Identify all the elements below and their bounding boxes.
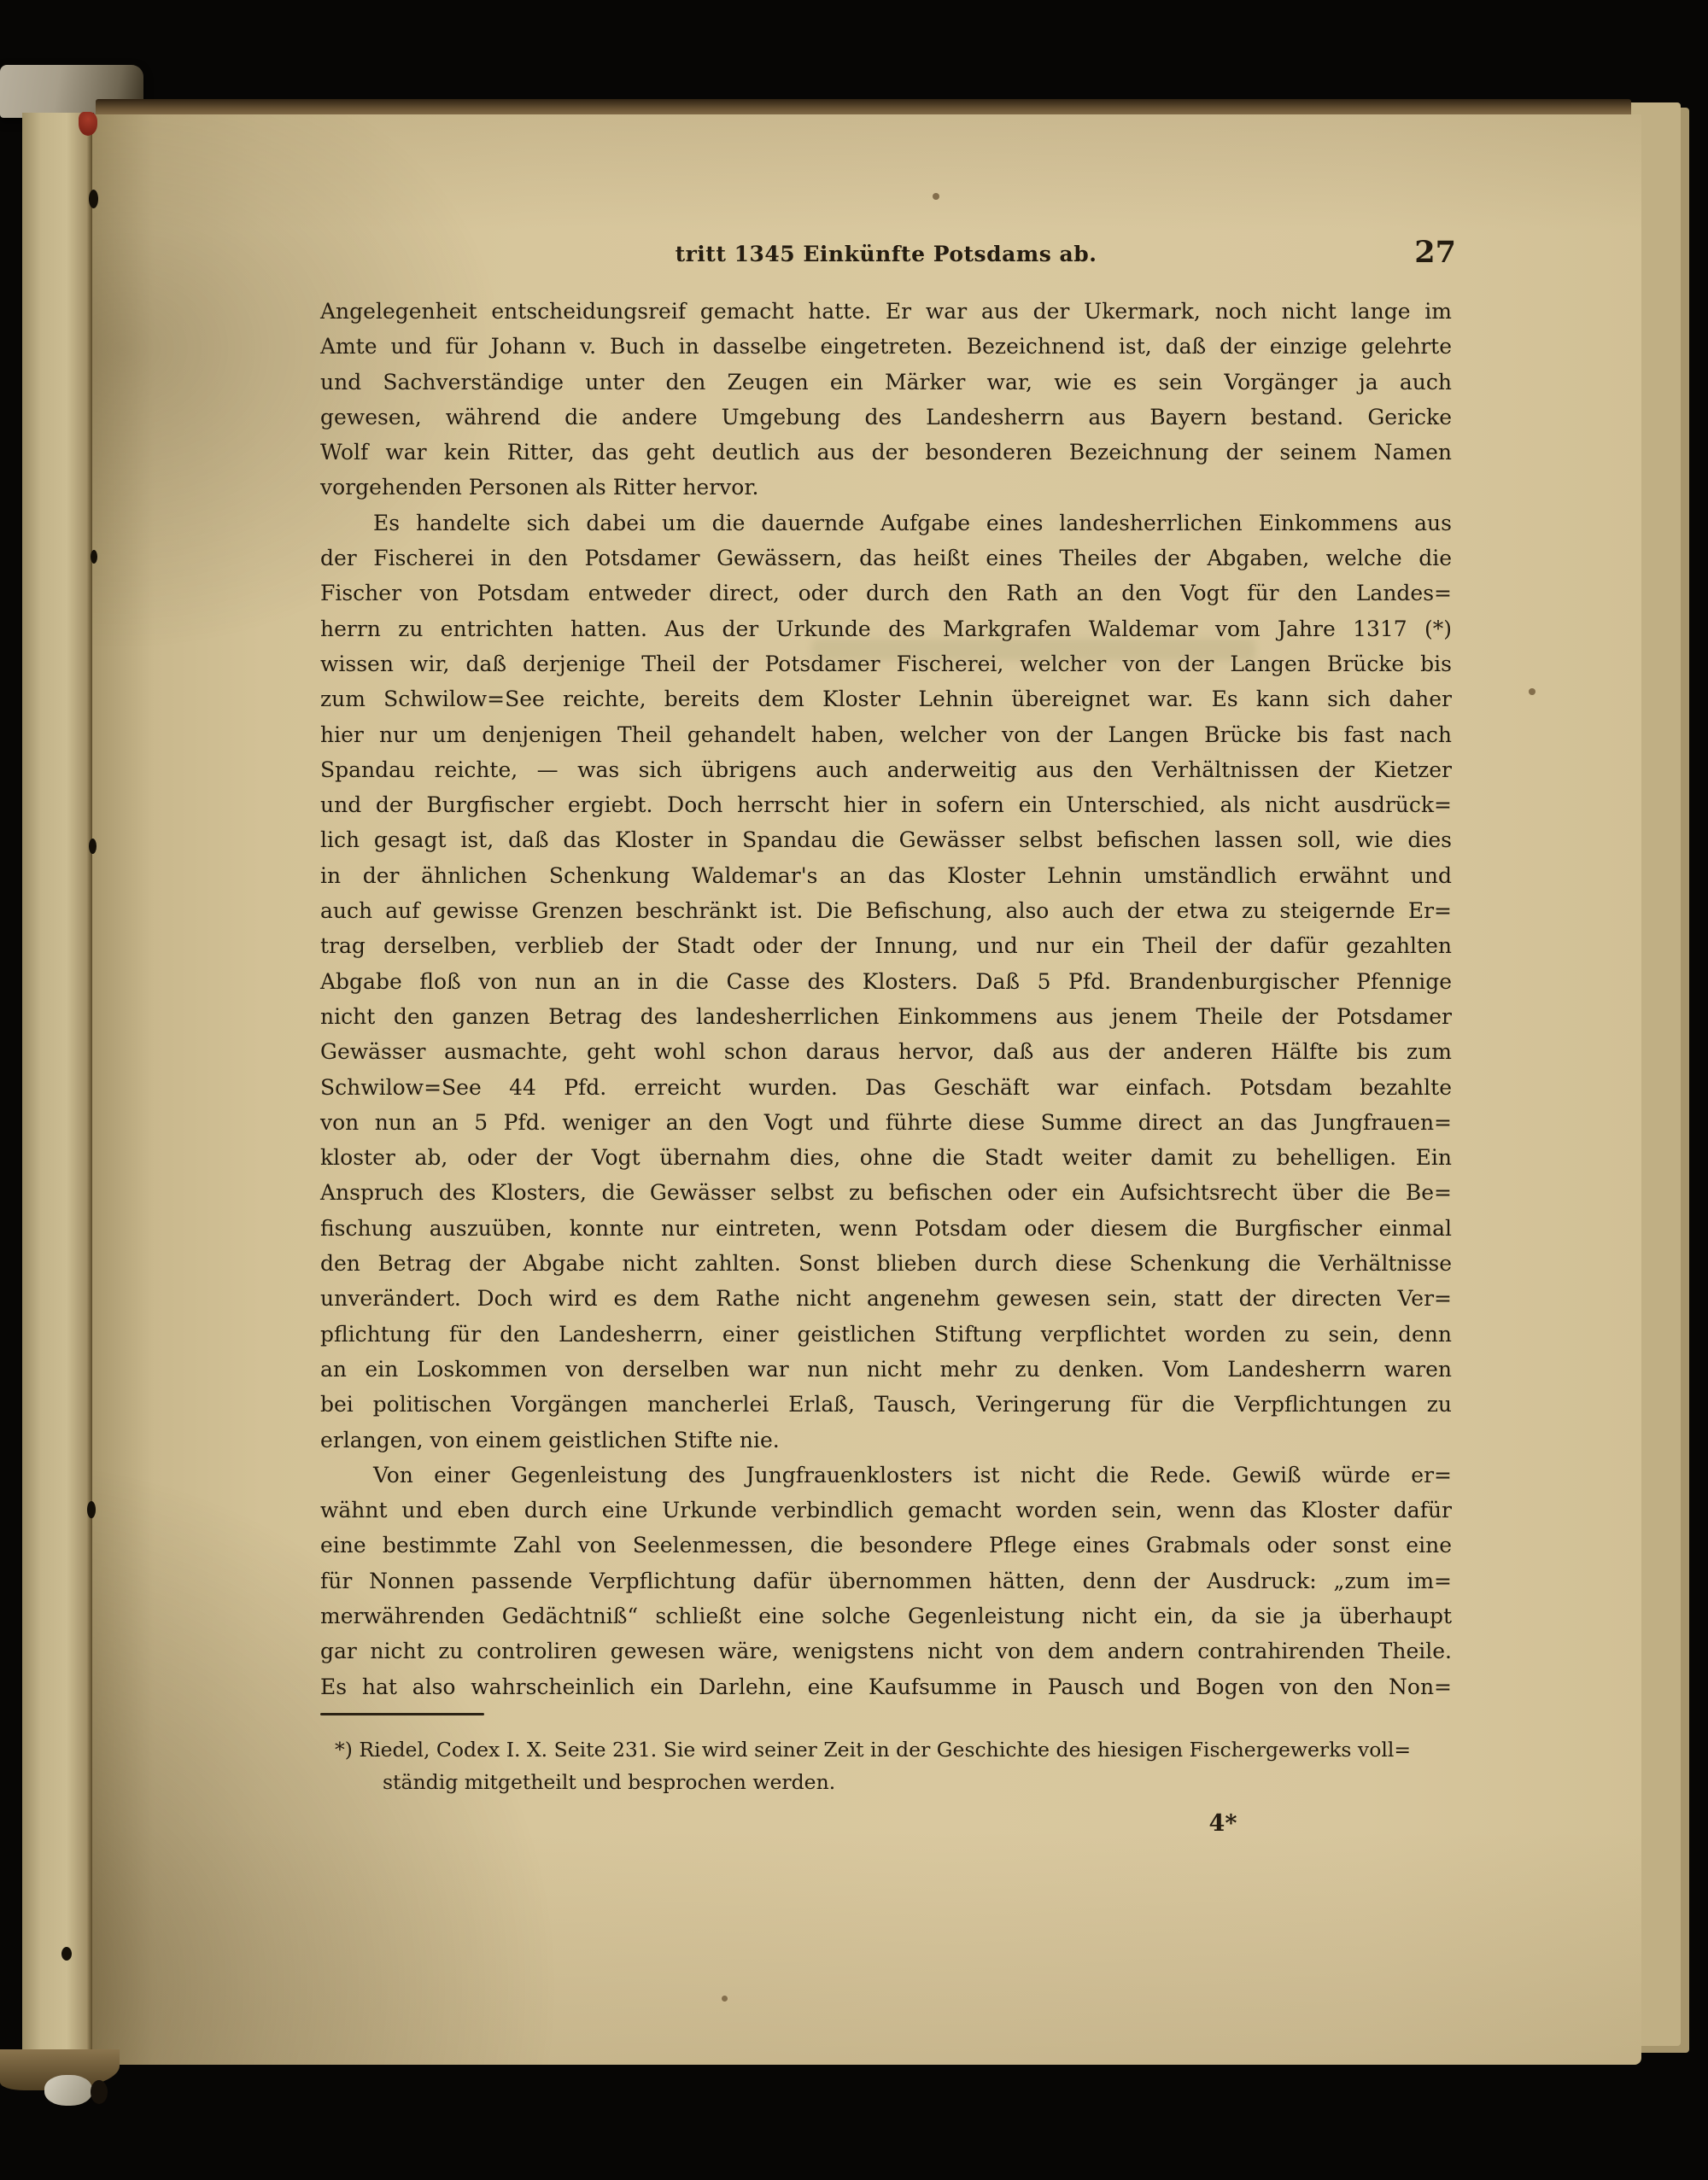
page-number: 27 xyxy=(1383,235,1456,270)
text-line: pflichtung für den Landesherrn, einer ge… xyxy=(320,1317,1452,1352)
text-line: an ein Loskommen von derselben war nun n… xyxy=(320,1352,1452,1387)
gutter-speck xyxy=(87,1501,96,1518)
text-line: bei politischen Vorgängen mancherlei Erl… xyxy=(320,1387,1452,1422)
text-line: den Betrag der Abgabe nicht zahlten. Son… xyxy=(320,1246,1452,1281)
text-line: Es handelte sich dabei um die dauernde A… xyxy=(320,506,1452,541)
text-line: Spandau reichte, — was sich übrigens auc… xyxy=(320,752,1452,787)
text-line: fischung auszuüben, konnte nur eintreten… xyxy=(320,1211,1452,1246)
text-line: der Fischerei in den Potsdamer Gewässern… xyxy=(320,541,1452,576)
text-line: von nun an 5 Pfd. weniger an den Vogt un… xyxy=(320,1105,1452,1140)
footnote-separator xyxy=(320,1713,484,1715)
text-line: vorgehenden Personen als Ritter hervor. xyxy=(320,470,1452,505)
gutter-speck xyxy=(89,839,97,854)
text-line: erlangen, von einem geistlichen Stifte n… xyxy=(320,1423,1452,1458)
paragraph: Angelegenheit entscheidungsreif gemacht … xyxy=(320,294,1452,506)
text-line: Es hat also wahrscheinlich ein Darlehn, … xyxy=(320,1669,1452,1704)
text-line: lich gesagt ist, daß das Kloster in Span… xyxy=(320,822,1452,857)
text-line: Amte und für Johann v. Buch in dasselbe … xyxy=(320,329,1452,364)
text-line: auch auf gewisse Grenzen beschränkt ist.… xyxy=(320,893,1452,928)
gutter-speck xyxy=(89,190,98,208)
text-line: nicht den ganzen Betrag des landesherrli… xyxy=(320,999,1452,1034)
running-header: tritt 1345 Einkünfte Potsdams ab. xyxy=(320,242,1452,266)
text-line: wissen wir, daß derjenige Theil der Pots… xyxy=(320,646,1452,681)
page-speck xyxy=(1529,688,1535,695)
text-line: merwährenden Gedächtniß“ schließt eine s… xyxy=(320,1598,1452,1634)
text-line: unverändert. Doch wird es dem Rathe nich… xyxy=(320,1281,1452,1316)
text-line: in der ähnlichen Schenkung Waldemar's an… xyxy=(320,858,1452,893)
text-line: Von einer Gegenleistung des Jungfrauenkl… xyxy=(320,1458,1452,1493)
footnote-line: ständig mitgetheilt und besprochen werde… xyxy=(335,1766,1428,1798)
text-line: Abgabe floß von nun an in die Casse des … xyxy=(320,964,1452,999)
red-mark xyxy=(79,112,97,136)
text-line: und Sachverständige unter den Zeugen ein… xyxy=(320,365,1452,400)
text-line: gewesen, während die andere Umgebung des… xyxy=(320,400,1452,435)
gutter-speck xyxy=(61,1947,72,1961)
text-line: Wolf war kein Ritter, das geht deutlich … xyxy=(320,435,1452,470)
text-line: kloster ab, oder der Vogt übernahm dies,… xyxy=(320,1140,1452,1175)
text-line: und der Burgfischer ergiebt. Doch herrsc… xyxy=(320,787,1452,822)
text-line: wähnt und eben durch eine Urkunde verbin… xyxy=(320,1493,1452,1528)
paragraph: Von einer Gegenleistung des Jungfrauenkl… xyxy=(320,1458,1452,1704)
tailband-dark-mark xyxy=(91,2080,108,2104)
text-line: Angelegenheit entscheidungsreif gemacht … xyxy=(320,294,1452,329)
tailband xyxy=(44,2075,92,2106)
text-line: Fischer von Potsdam entweder direct, ode… xyxy=(320,576,1452,611)
page-speck xyxy=(722,1996,728,2002)
text-line: hier nur um denjenigen Theil gehandelt h… xyxy=(320,717,1452,752)
text-line: für Nonnen passende Verpflichtung dafür … xyxy=(320,1563,1452,1598)
paragraph: Es handelte sich dabei um die dauernde A… xyxy=(320,506,1452,1458)
text-line: Gewässer ausmachte, geht wohl schon dara… xyxy=(320,1034,1452,1069)
body-text: Angelegenheit entscheidungsreif gemacht … xyxy=(320,294,1452,1704)
text-line: Anspruch des Klosters, die Gewässer selb… xyxy=(320,1175,1452,1210)
text-line: zum Schwilow=See reichte, bereits dem Kl… xyxy=(320,681,1452,716)
text-line: herrn zu entrichten hatten. Aus der Urku… xyxy=(320,611,1452,646)
text-line: Schwilow=See 44 Pfd. erreicht wurden. Da… xyxy=(320,1070,1452,1105)
facing-page-edge xyxy=(22,113,94,2053)
page-speck xyxy=(933,193,939,200)
text-line: gar nicht zu controliren gewesen wäre, w… xyxy=(320,1634,1452,1669)
gutter-speck xyxy=(91,550,97,564)
footnote: *) Riedel, Codex I. X. Seite 231. Sie wi… xyxy=(335,1733,1428,1798)
text-line: trag derselben, verblieb der Stadt oder … xyxy=(320,928,1452,963)
signature-mark: 4* xyxy=(1189,1810,1257,1837)
text-line: eine bestimmte Zahl von Seelenmessen, di… xyxy=(320,1528,1452,1563)
footnote-line: *) Riedel, Codex I. X. Seite 231. Sie wi… xyxy=(335,1733,1428,1766)
